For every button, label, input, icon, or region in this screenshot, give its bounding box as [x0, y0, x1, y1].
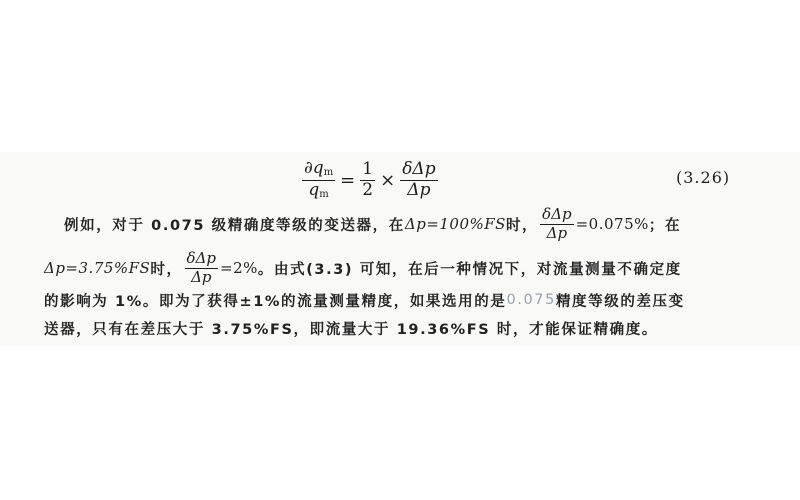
paragraph-line-3: 的影响为 1%。即为了获得±1%的流量测量精度，如果选用的是 0.075 精度等…: [44, 290, 685, 310]
coef-denominator: 2: [360, 181, 375, 200]
equals-sign: =: [340, 170, 355, 191]
coef-numerator: 1: [360, 161, 375, 181]
text-segment: 时，: [150, 258, 182, 279]
lhs-numerator: ∂q: [304, 158, 324, 178]
text-segment: 精度等级的差压变: [556, 290, 685, 311]
rhs-fraction: δΔp Δp: [400, 161, 437, 200]
inline-fraction: δΔp Δp: [540, 207, 573, 242]
lhs-numerator-sub: m: [324, 167, 333, 178]
text-segment: 的影响为 1%。即为了获得±1%的流量测量精度，如果选用的是: [44, 290, 506, 311]
math-segment: Δp=3.75%FS: [44, 259, 150, 277]
text-segment: 。由式(3.3) 可知，在后一种情况下，对流量测量不确定度: [258, 258, 682, 279]
rhs-denominator: Δp: [405, 181, 432, 200]
paragraph-line-4: 送器，只有在差压大于 3.75%FS，即流量大于 19.36%FS 时，才能保证…: [44, 318, 658, 338]
math-segment: Δp=100%FS: [405, 215, 506, 233]
math-segment: =0.075%: [576, 215, 649, 233]
math-segment: =2%: [220, 259, 258, 277]
text-segment: 例如，对于 0.075 级精确度等级的变送器，在: [64, 214, 405, 235]
lhs-denominator: q: [308, 180, 319, 200]
equation-number: (3.26): [676, 168, 730, 187]
text-segment: ；在: [649, 214, 681, 235]
coefficient-fraction: 1 2: [360, 161, 375, 200]
text-segment: 时，: [506, 214, 538, 235]
equation-3-26: ∂qm qm = 1 2 × δΔp Δp: [300, 158, 440, 202]
rhs-numerator: δΔp: [400, 161, 437, 181]
faded-text-segment: 0.075: [506, 292, 556, 308]
paragraph-line-1: 例如，对于 0.075 级精确度等级的变送器，在 Δp=100%FS 时， δΔ…: [64, 204, 681, 244]
paragraph-line-2: Δp=3.75%FS 时， δΔp Δp =2% 。由式(3.3) 可知，在后一…: [44, 248, 682, 288]
times-sign: ×: [380, 170, 395, 191]
inline-fraction: δΔp Δp: [185, 251, 218, 286]
lhs-fraction: ∂qm qm: [302, 160, 335, 200]
text-segment: 送器，只有在差压大于 3.75%FS，即流量大于 19.36%FS 时，才能保证…: [44, 318, 658, 339]
lhs-denominator-sub: m: [319, 189, 328, 200]
